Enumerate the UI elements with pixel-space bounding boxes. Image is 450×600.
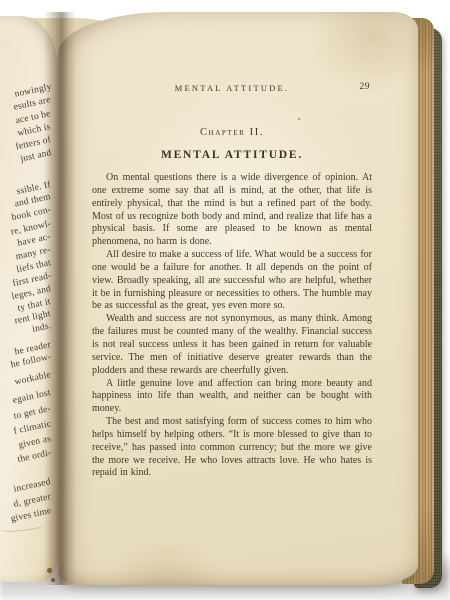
chapter-heading: Chapter II. (92, 127, 372, 139)
pencil-mark (0, 522, 44, 534)
running-header-title: MENTAL ATTITUDE. (175, 83, 289, 93)
body-text: On mental questions there is a wide dive… (92, 172, 372, 480)
paper-speck (298, 118, 300, 120)
page-number: 29 (360, 82, 371, 92)
left-page (0, 16, 58, 582)
wormhole (51, 578, 55, 582)
book-photo: MENTAL ATTITUDE. 29 Chapter II. MENTAL A… (0, 0, 450, 600)
paragraph: All desire to make a success of life. Wh… (92, 249, 372, 313)
paragraph: Wealth and success are not synonymous, a… (92, 313, 372, 377)
paragraph: On mental questions there is a wide dive… (92, 172, 372, 249)
chapter-title: MENTAL ATTITUDE. (92, 148, 372, 162)
paragraph: The best and most satisfying form of suc… (92, 416, 372, 480)
right-page: MENTAL ATTITUDE. 29 Chapter II. MENTAL A… (58, 12, 418, 585)
wormhole (47, 568, 52, 573)
paragraph: A little genuine love and affection can … (92, 378, 372, 417)
running-header: MENTAL ATTITUDE. 29 (92, 82, 372, 94)
